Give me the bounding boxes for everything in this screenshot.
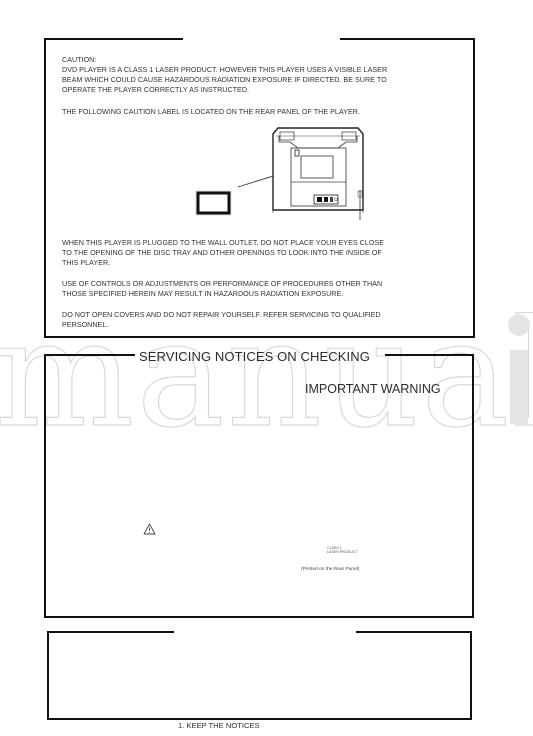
- caution-text: DVD PLAYER IS A CLASS 1 LASER PRODUCT. H…: [62, 65, 462, 96]
- caution-heading: CAUTION:: [62, 55, 96, 65]
- label-location-text: THE FOLLOWING CAUTION LABEL IS LOCATED O…: [62, 107, 360, 117]
- manual-page: manual CAUTION: DVD PLAYER IS A CLASS 1 …: [0, 0, 533, 736]
- class-1-laser-label: CLASS 1 LASER PRODUCT: [327, 546, 358, 555]
- plugged-warning-text: WHEN THIS PLAYER IS PLUGGED TO THE WALL …: [62, 238, 462, 269]
- box-top-border-left: [44, 354, 135, 356]
- keep-notices-item: 1. KEEP THE NOTICES: [178, 721, 260, 730]
- section-title: SERVICING NOTICES ON CHECKING: [139, 349, 370, 364]
- box-top-border-left: [47, 631, 174, 633]
- box-top-border-right: [356, 631, 472, 633]
- box-top-border-left: [44, 38, 183, 40]
- printed-on-rear-panel-note: (Printed on the Rear Panel): [301, 567, 359, 572]
- box-top-border-right: [340, 38, 475, 40]
- notices-box: [47, 633, 472, 720]
- controls-warning-text: USE OF CONTROLS OR ADJUSTMENTS OR PERFOR…: [62, 279, 462, 299]
- warning-triangle-icon: [143, 523, 156, 535]
- box-top-border-right: [385, 354, 474, 356]
- covers-warning-text: DO NOT OPEN COVERS AND DO NOT REPAIR YOU…: [62, 310, 462, 330]
- player-rear-panel-illustration: [180, 120, 380, 230]
- important-warning-heading: IMPORTANT WARNING: [305, 382, 441, 396]
- watermark-letter-i-icon: [503, 314, 533, 424]
